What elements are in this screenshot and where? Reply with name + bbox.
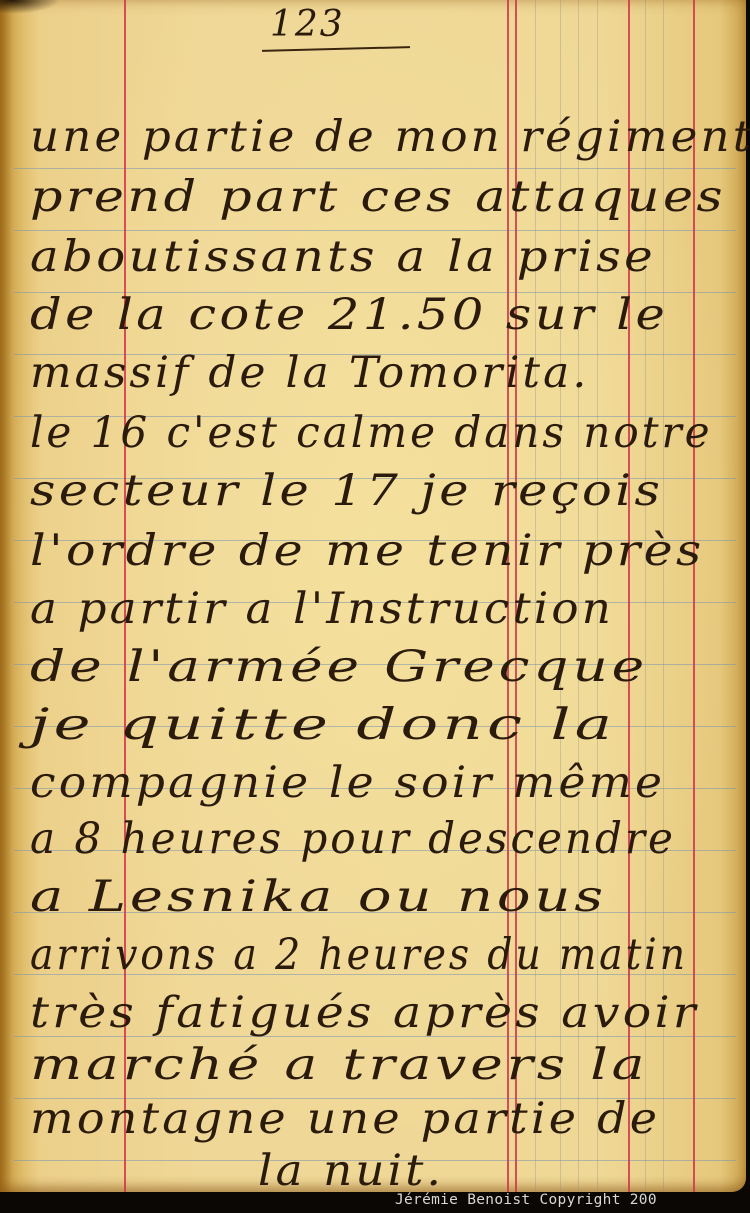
handwritten-line: aboutissants a la prise [30, 232, 656, 282]
handwritten-line: la nuit. [258, 1146, 444, 1196]
handwritten-line: de la cote 21.50 sur le [30, 290, 668, 340]
page-corner-shadow [0, 0, 60, 14]
handwritten-line: prend part ces attaques [30, 172, 726, 222]
handwritten-line: de l'armée Grecque [30, 642, 648, 692]
handwritten-line: une partie de mon régiment [30, 112, 750, 162]
copyright-watermark: Jérémie Benoist Copyright 200 [395, 1192, 657, 1208]
handwritten-line: compagnie le soir même [30, 758, 665, 808]
page-number-underline [262, 46, 410, 52]
handwritten-line: l'ordre de me tenir près [30, 526, 705, 576]
handwritten-line: le 16 c'est calme dans notre [30, 408, 713, 458]
handwritten-line: a 8 heures pour descendre [30, 814, 676, 864]
handwritten-line: arrivons a 2 heures du matin [30, 930, 688, 980]
handwritten-line: marché a travers la [30, 1040, 648, 1090]
handwritten-line: je quitte donc la [30, 700, 616, 750]
handwritten-line: a Lesnika ou nous [30, 872, 607, 922]
handwritten-line: a partir a l'Instruction [30, 584, 614, 634]
page-number: 123 [270, 4, 345, 45]
handwritten-line: secteur le 17 je reçois [30, 466, 663, 516]
handwritten-line: montagne une partie de [30, 1094, 660, 1144]
journal-page: 123 une partie de mon régiment prend par… [0, 0, 746, 1192]
handwritten-line: très fatigués après avoir [30, 988, 699, 1038]
handwritten-line: massif de la Tomorita. [30, 348, 589, 398]
